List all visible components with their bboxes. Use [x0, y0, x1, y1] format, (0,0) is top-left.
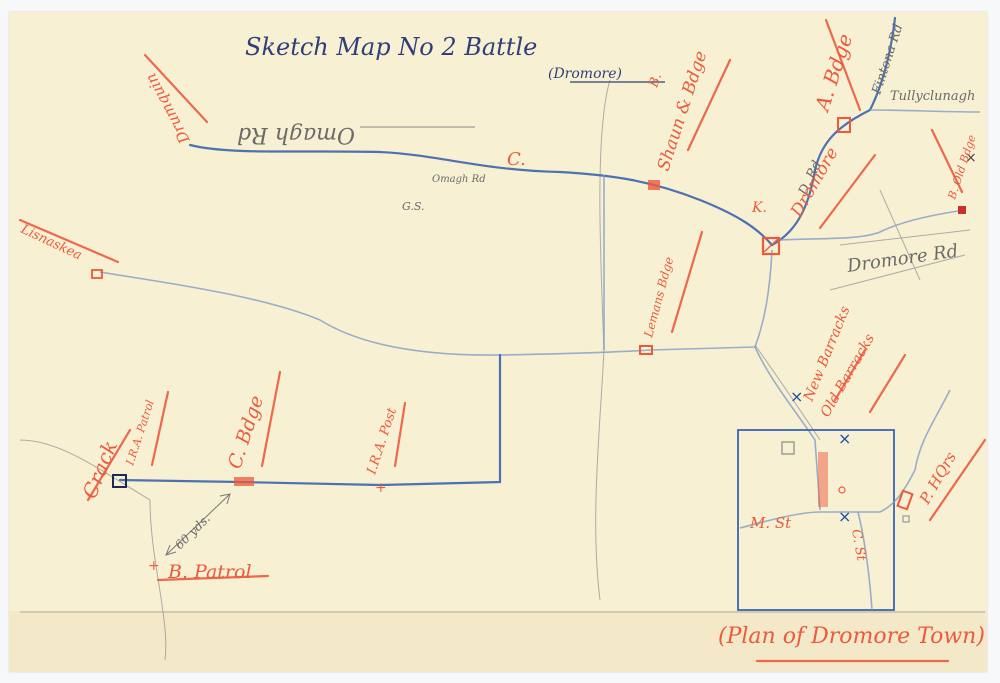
position-markers: + + ×: [92, 118, 977, 574]
b-old-bdge-marker: [958, 206, 966, 214]
map-title: Sketch Map No 2 Battle (Dromore): [245, 33, 665, 82]
red-labels: A. Bdge Shaun & Bdge B. C. Dromore B. Ol…: [17, 20, 985, 583]
title-text: Sketch Map No 2 Battle: [245, 33, 537, 61]
plan-caption: (Plan of Dromore Town): [718, 624, 985, 661]
ira-post-marker: +: [375, 480, 387, 496]
sketch-map: × × × + + × Sketch Map No 2 Battle (Drom…: [0, 0, 1000, 683]
cross-marker: ×: [838, 429, 851, 448]
west-road-marker: [92, 270, 102, 278]
building-marker: [903, 516, 909, 522]
distance-annotation: 60 yds.: [166, 494, 230, 555]
p-hqrs-label: P. HQrs: [915, 449, 960, 508]
crack-label: Crack: [77, 437, 122, 502]
c-section-label: C.: [507, 149, 526, 170]
c-bdge-marker: [234, 477, 254, 486]
tullyclunagh-road: [870, 110, 980, 112]
omagh-rd-label: Omagh Rd: [237, 122, 355, 147]
a-bdge-label: A. Bdge: [809, 31, 857, 116]
town-road: [755, 347, 820, 510]
cross-marker: ×: [838, 507, 851, 526]
distance-label: 60 yds.: [172, 511, 213, 552]
omagh-road: [190, 145, 772, 245]
m-st-label: M. St: [749, 514, 792, 532]
shaun-bdge-label: Shaun & Bdge: [654, 49, 712, 174]
tullyclunagh-label: Tullyclunagh: [890, 89, 975, 104]
plan-caption-text: (Plan of Dromore Town): [718, 624, 985, 649]
p-hqrs-marker: [898, 491, 913, 509]
connector-road: [120, 355, 500, 485]
barracks-block: [818, 452, 828, 507]
building-marker: [782, 442, 794, 454]
b-patrol-marker: +: [148, 558, 160, 574]
omagh-rd-small-label: Omagh Rd: [432, 174, 486, 185]
c-bdge-label: C. Bdge: [224, 393, 268, 472]
fintona-rd-label: Fintona Rd: [869, 22, 906, 97]
b-section-label: B.: [646, 72, 665, 91]
shaun-bdge-marker: [648, 180, 660, 190]
northwest-red-label: Drumquin: [142, 70, 194, 147]
c-st-label: C. St: [848, 528, 868, 563]
title-suffix: (Dromore): [548, 66, 622, 82]
k-section-label: K.: [751, 200, 767, 216]
lemans-bdge-label: Lemans Bdge: [641, 255, 676, 339]
gs-label: G.S.: [402, 200, 425, 213]
